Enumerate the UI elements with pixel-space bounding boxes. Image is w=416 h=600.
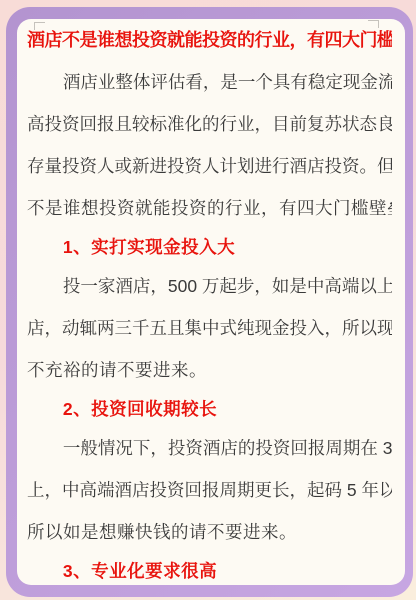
paragraph-line: 投一家酒店，500 万起步，如是中高端以上的酒 — [27, 265, 392, 307]
paragraph-line: 不是谁想投资就能投资的行业，有四大门槛壁垒： — [27, 187, 392, 229]
document-card: 酒店不是谁想投资就能投资的行业，有四大门槛壁垒！酒店业整体评估看，是一个具有稳定… — [17, 19, 405, 585]
text-boundary-mark-top-right — [368, 20, 379, 28]
article-title: 酒店不是谁想投资就能投资的行业，有四大门槛壁垒！ — [27, 19, 392, 61]
paragraph-line: 一般情况下，投资酒店的投资回报周期在 3 年以 — [27, 427, 392, 469]
paragraph-line: 存量投资人或新进投资人计划进行酒店投资。但酒店 — [27, 145, 392, 187]
section-heading: 1、实打实现金投入大 — [27, 229, 392, 265]
paragraph-line: 不充裕的请不要进来。 — [27, 349, 392, 391]
article-content: 酒店不是谁想投资就能投资的行业，有四大门槛壁垒！酒店业整体评估看，是一个具有稳定… — [17, 19, 405, 585]
page-background: 酒店不是谁想投资就能投资的行业，有四大门槛壁垒！酒店业整体评估看，是一个具有稳定… — [0, 0, 416, 600]
paragraph-line: 上，中高端酒店投资回报周期更长，起码 5 年以上， — [27, 469, 392, 511]
text-boundary-mark-top-left — [34, 22, 45, 30]
paragraph-line: 高投资回报且较标准化的行业，目前复苏状态良好， — [27, 103, 392, 145]
section-heading: 2、投资回收期较长 — [27, 391, 392, 427]
paragraph-line: 酒店业整体评估看，是一个具有稳定现金流、中 — [27, 61, 392, 103]
section-heading: 3、专业化要求很高 — [27, 553, 392, 585]
paragraph-line: 所以如是想赚快钱的请不要进来。 — [27, 511, 392, 553]
paragraph-line: 店，动辄两三千五且集中式纯现金投入，所以现金流 — [27, 307, 392, 349]
purple-frame: 酒店不是谁想投资就能投资的行业，有四大门槛壁垒！酒店业整体评估看，是一个具有稳定… — [6, 7, 413, 597]
